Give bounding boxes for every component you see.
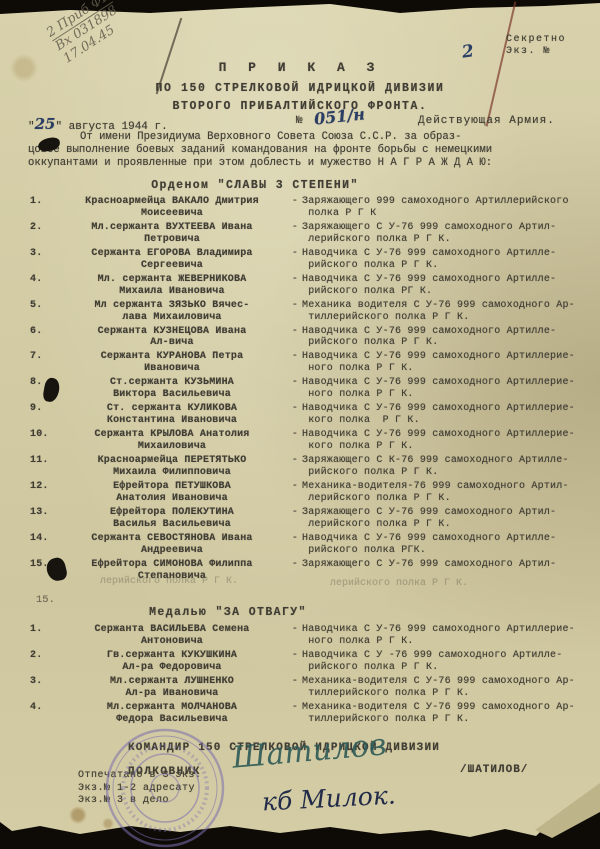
item-dash: - xyxy=(288,403,302,415)
awardee-name: Сержанта КУРАНОВА Петра Ивановича xyxy=(56,351,288,375)
award-list-item: 1. Сержанта ВАСИЛЬЕВА Семена Антоновича … xyxy=(30,624,586,648)
awardee-name: Гв.сержанта КУКУШКИНА Ал-ра Федоровича xyxy=(56,650,288,674)
preamble-line: От имени Президиума Верховного Совета Со… xyxy=(80,131,576,144)
item-dash: - xyxy=(288,455,302,467)
item-dash: - xyxy=(288,507,302,519)
item-dash: - xyxy=(288,624,302,636)
item-number: 7. xyxy=(30,351,56,363)
item-dash: - xyxy=(288,248,302,260)
award-list-item: 4. Мл.сержанта МОЛЧАНОВА Федора Васильев… xyxy=(30,702,586,726)
awardee-role: Наводчика С У -76 999 самоходного Артилл… xyxy=(302,650,586,674)
awardee-name: Мл сержанта ЗЯЗЬКО Вячес- лава Михаилови… xyxy=(56,300,288,324)
item-dash: - xyxy=(288,429,302,441)
item-dash: - xyxy=(288,533,302,545)
preamble-line: оккупантами и проявленные при этом добле… xyxy=(28,157,576,170)
awardee-role: Наводчика С У-76 999 самоходного Артилле… xyxy=(302,326,586,350)
item-dash: - xyxy=(288,274,302,286)
item-number: 4. xyxy=(30,274,56,286)
item-dash: - xyxy=(288,196,302,208)
awardee-role: Заряжающего С У-76 999 самоходного Артил… xyxy=(302,559,586,571)
item-number: 2. xyxy=(30,222,56,234)
classification-copy-label: Экз. № xyxy=(506,46,566,58)
award-list-item: 4. Мл. сержанта ЖЕВЕРНИКОВА Михаила Иван… xyxy=(30,274,586,298)
awardee-name: Сержанта КУЗНЕЦОВА Ивана Ал-вича xyxy=(56,326,288,350)
item-dash: - xyxy=(288,300,302,312)
awardee-role: Механика-водителя С У-76 999 самоходного… xyxy=(302,676,586,700)
award-list-item: 12. Ефрейтора ПЕТУШКОВА Анатолия Иванови… xyxy=(30,481,586,505)
award-list-item: 8. Ст.сержанта КУЗЬМИНА Виктора Васильев… xyxy=(30,377,586,401)
item-number: 5. xyxy=(30,300,56,312)
faded-text-fragment: лерийского полка Р Г К. xyxy=(100,576,238,587)
item-dash: - xyxy=(288,650,302,662)
awardee-name: Мл.сержанта МОЛЧАНОВА Федора Васильевича xyxy=(56,702,288,726)
item-number: 4. xyxy=(30,702,56,714)
order-section-heading: Орденом "СЛАВЫ 3 СТЕПЕНИ" xyxy=(0,179,555,192)
awardee-name: Сержанта ЕГОРОВА Владимира Сергеевича xyxy=(56,248,288,272)
awardee-role: Наводчика С У-76 999 самоходного Артилле… xyxy=(302,429,586,453)
awardee-name: Сержанта ВАСИЛЬЕВА Семена Антоновича xyxy=(56,624,288,648)
award-list-item: 5. Мл сержанта ЗЯЗЬКО Вячес- лава Михаил… xyxy=(30,300,586,324)
award-list-item: 14. Сержанта СЕВОСТЯНОВА Ивана Андреевич… xyxy=(30,533,586,557)
item-number: 3. xyxy=(30,248,56,260)
awardee-role: Заряжающего С К-76 999 самоходного Артил… xyxy=(302,455,586,479)
award-list-item: 10. Сержанта КРЫЛОВА Анатолия Михаилович… xyxy=(30,429,586,453)
stray-number: 15. xyxy=(36,594,55,606)
item-number: 13. xyxy=(30,507,56,519)
preamble-line: цовое выполнение боевых заданий командов… xyxy=(28,144,576,157)
order-awardees-list: 1. Красноармейца ВАКАЛО Дмитрия Моисееви… xyxy=(30,196,586,585)
army-label: Действующая Армия. xyxy=(418,115,555,127)
item-dash: - xyxy=(288,222,302,234)
awardee-role: Наводчика С У-76 999 самоходного Артилле… xyxy=(302,403,586,427)
award-list-item: 11. Красноармейца ПЕРЕТЯТЬКО Михаила Фил… xyxy=(30,455,586,479)
award-list-item: 13. Ефрейтора ПОЛЕКУТИНА Василья Василье… xyxy=(30,507,586,531)
medal-section-heading: Медалью "ЗА ОТВАГУ" xyxy=(0,606,528,619)
award-list-item: 3. Сержанта ЕГОРОВА Владимира Сергеевича… xyxy=(30,248,586,272)
item-number: 1. xyxy=(30,196,56,208)
awardee-name: Сержанта КРЫЛОВА Анатолия Михаиловича xyxy=(56,429,288,453)
awardee-name: Сержанта СЕВОСТЯНОВА Ивана Андреевича xyxy=(56,533,288,557)
item-dash: - xyxy=(288,351,302,363)
item-number: 11. xyxy=(30,455,56,467)
medal-awardees-list: 1. Сержанта ВАСИЛЬЕВА Семена Антоновича … xyxy=(30,624,586,728)
order-number-label: № xyxy=(296,115,303,127)
item-number: 3. xyxy=(30,676,56,688)
item-number: 14. xyxy=(30,533,56,545)
item-number: 2. xyxy=(30,650,56,662)
awardee-name: Красноармейца ПЕРЕТЯТЬКО Михаила Филиппо… xyxy=(56,455,288,479)
awardee-role: Наводчика С У-76 999 самоходного Артилле… xyxy=(302,624,586,648)
award-list-item: 3. Мл.сержанта ЛУШНЕНКО Ал-ра Ивановича … xyxy=(30,676,586,700)
awardee-role: Наводчика С У-76 999 самоходного Артилле… xyxy=(302,248,586,272)
awardee-role: Наводчика С У-76 999 самоходного Артилле… xyxy=(302,274,586,298)
item-number: 6. xyxy=(30,326,56,338)
document-title: П Р И К А З xyxy=(0,60,600,75)
item-number: 9. xyxy=(30,403,56,415)
awardee-name: Ефрейтора ПЕТУШКОВА Анатолия Ивановича xyxy=(56,481,288,505)
round-stamp xyxy=(98,726,232,849)
awardee-role: Заряжающего С У-76 999 самоходного Артил… xyxy=(302,507,586,531)
awardee-name: Красноармейца ВАКАЛО Дмитрия Моисеевича xyxy=(56,196,288,220)
classification-secret: Секретно xyxy=(506,34,566,46)
classification-block: Секретно Экз. № xyxy=(506,34,566,58)
awardee-role: Наводчика С У-76 999 самоходного Артилле… xyxy=(302,351,586,375)
awardee-role: Механика-водителя-76 999 самоходного Арт… xyxy=(302,481,586,505)
order-number-handwritten: 051/н xyxy=(313,104,366,128)
item-number: 12. xyxy=(30,481,56,493)
document-subtitle-division: ПО 150 СТРЕЛКОВОЙ ИДРИЦКОЙ ДИВИЗИИ xyxy=(0,82,600,95)
typed-surname: /ШАТИЛОВ/ xyxy=(460,764,528,776)
award-list-item: 9. Ст. сержанта КУЛИКОВА Константина Ива… xyxy=(30,403,586,427)
awardee-role: Заряжающего 999 самоходного Артиллерийск… xyxy=(302,196,586,220)
dateline: "25" августа 1944 г. № 051/н Действующая… xyxy=(0,113,600,131)
awardee-name: Ст. сержанта КУЛИКОВА Константина Иванов… xyxy=(56,403,288,427)
awardee-name: Мл.сержанта ВУХТЕЕВА Ивана Петровича xyxy=(56,222,288,246)
awardee-role: Механика-водителя С У-76 999 самоходного… xyxy=(302,702,586,726)
item-dash: - xyxy=(288,676,302,688)
awardee-role: Наводчика С У-76 999 самоходного Артилле… xyxy=(302,377,586,401)
award-list-item: 2. Мл.сержанта ВУХТЕЕВА Ивана Петровича … xyxy=(30,222,586,246)
awardee-role: Механика водителя С У-76 999 самоходного… xyxy=(302,300,586,324)
item-dash: - xyxy=(288,377,302,389)
award-list-item: 7. Сержанта КУРАНОВА Петра Ивановича - Н… xyxy=(30,351,586,375)
award-list-item: 1. Красноармейца ВАКАЛО Дмитрия Моисееви… xyxy=(30,196,586,220)
awardee-role: Заряжающего С У-76 999 самоходного Артил… xyxy=(302,222,586,246)
awardee-name: Мл.сержанта ЛУШНЕНКО Ал-ра Ивановича xyxy=(56,676,288,700)
item-number: 1. xyxy=(30,624,56,636)
awardee-role: Наводчика С У-76 999 самоходного Артилле… xyxy=(302,533,586,557)
item-dash: - xyxy=(288,481,302,493)
document-subtitle-front: ВТОРОГО ПРИБАЛТИЙСКОГО ФРОНТА. xyxy=(0,100,600,113)
item-number: 10. xyxy=(30,429,56,441)
item-dash: - xyxy=(288,326,302,338)
preamble: От имени Президиума Верховного Совета Со… xyxy=(28,131,576,169)
awardee-name: Ефрейтора ПОЛЕКУТИНА Василья Васильевича xyxy=(56,507,288,531)
item-dash: - xyxy=(288,559,302,571)
award-list-item: 2. Гв.сержанта КУКУШКИНА Ал-ра Федорович… xyxy=(30,650,586,674)
awardee-name: Мл. сержанта ЖЕВЕРНИКОВА Михаила Иванови… xyxy=(56,274,288,298)
faded-text-fragment: лерийского полка Р Г К. xyxy=(330,578,468,589)
item-dash: - xyxy=(288,702,302,714)
awardee-name: Ст.сержанта КУЗЬМИНА Виктора Васильевича xyxy=(56,377,288,401)
award-list-item: 6. Сержанта КУЗНЕЦОВА Ивана Ал-вича - На… xyxy=(30,326,586,350)
document-page: Секретно Экз. № 2 2 Приб ФР Вх 031898 17… xyxy=(0,0,600,849)
